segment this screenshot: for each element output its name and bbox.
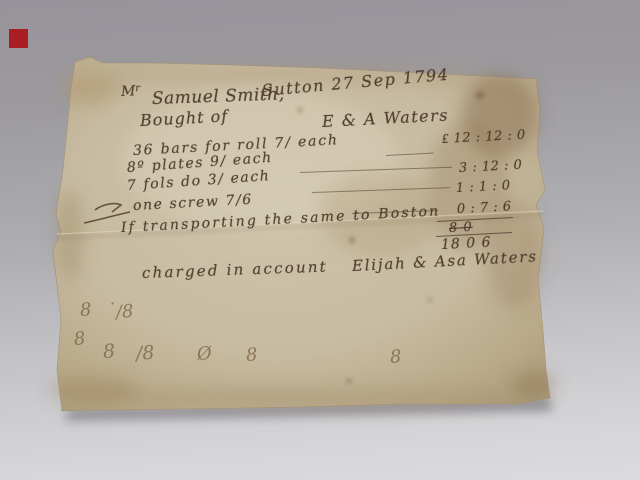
pencil-mark: /8 bbox=[115, 303, 134, 322]
struck-subtotal: 8 0 bbox=[449, 221, 473, 235]
addressee-prefix: Mr bbox=[121, 84, 141, 99]
pencil-mark: 8 bbox=[73, 330, 86, 349]
pencil-mark: · bbox=[110, 296, 115, 312]
item-row-4-amount: 0 : 7 : 6 bbox=[457, 200, 512, 216]
addressee-prefix-r: r bbox=[135, 83, 140, 94]
photo-of-receipt: Mr Samuel Smith, Sutton 27 Sep 1794 Boug… bbox=[0, 0, 640, 480]
pencil-mark: 8 bbox=[245, 346, 258, 365]
pencil-mark: Ø bbox=[196, 345, 212, 364]
bought-of-line: Bought of bbox=[140, 108, 229, 129]
pencil-mark: 8 bbox=[389, 348, 402, 367]
addressee-prefix-m: M bbox=[121, 83, 136, 100]
item-row-3-amount: 1 : 1 : 0 bbox=[456, 179, 511, 195]
item-row-2-amount: 3 : 12 : 0 bbox=[459, 159, 523, 175]
paper-sheet bbox=[0, 0, 640, 480]
pencil-mark: 8 bbox=[102, 342, 115, 362]
pencil-mark: /8 bbox=[135, 344, 155, 364]
pencil-mark: 8 bbox=[79, 301, 92, 320]
